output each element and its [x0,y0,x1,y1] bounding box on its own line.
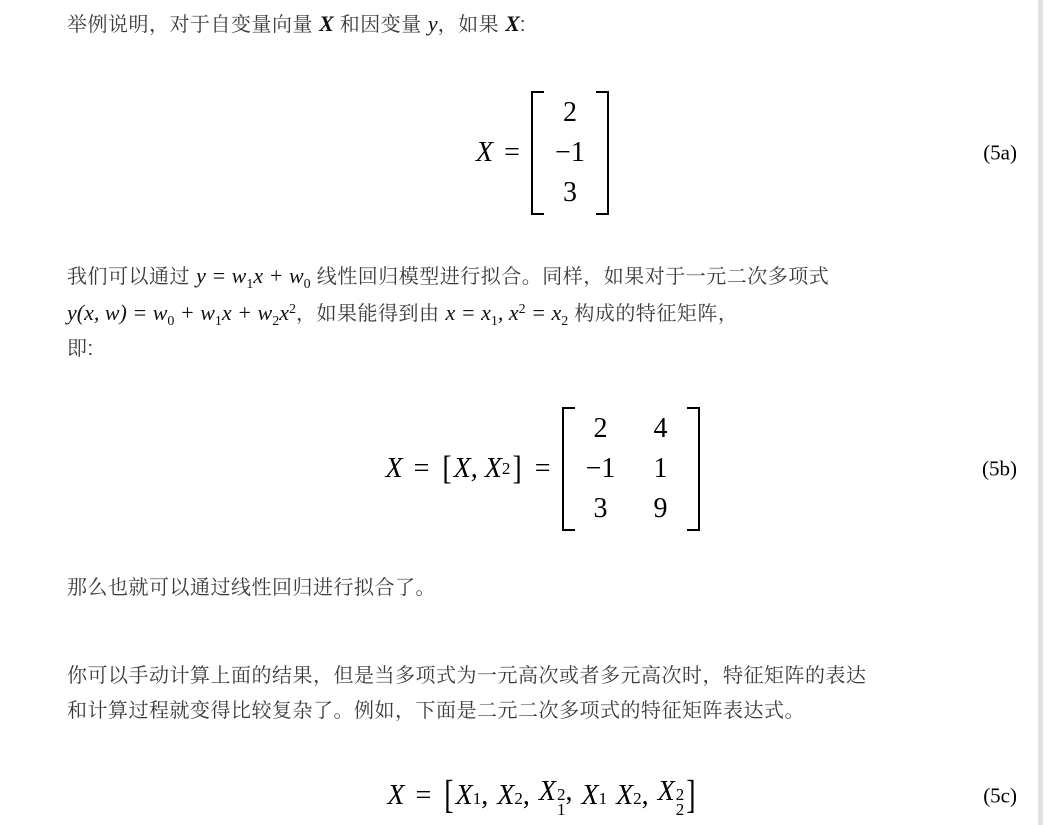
text-segment: ，如果能得到由 [296,303,446,325]
math-inline: = x [526,300,562,325]
math-var-X: X [385,453,402,485]
bracket-right [687,407,700,531]
math-inline: + w [174,300,215,325]
matrix-row: 2 [553,93,587,133]
matrix-row: 24 [584,409,678,449]
matrix-cell: −1 [553,137,587,169]
equation-label: (5b) [982,457,1017,482]
paragraph-complexity: 你可以手动计算上面的结果，但是当多项式为一元高次或者多元高次时，特征矩阵的表达 … [67,659,1002,729]
matrix-cell: 4 [644,413,678,445]
text-segment: 那么也就可以通过线性回归进行拟合了。 [67,577,436,599]
equation-label: (5c) [983,784,1017,809]
text-line: y(x, w) = w0 + w1x + w2x2，如果能得到由 x = x1,… [67,295,1002,332]
math-term: X22 [658,776,685,817]
comma: , [642,780,658,812]
math-var-X: X [476,137,493,169]
superscript: 2 [519,302,526,317]
equation-label: (5a) [983,141,1017,166]
equation-5c: X = [ X1, X2, X21, X1 X2, X22 ] (5c) [0,770,1049,822]
math-term: X2, [497,780,539,812]
text-segment: 你可以手动计算上面的结果，但是当多项式为一元高次或者多元高次时，特征矩阵的表达 [67,665,867,687]
subscript: 1 [215,314,222,329]
bracket-open: [ [440,449,453,488]
paragraph-conclusion: 那么也就可以通过线性回归进行拟合了。 [67,571,1002,606]
comma: , [481,780,497,812]
text-line: 和计算过程就变得比较复杂了。例如，下面是二元二次多项式的特征矩阵表达式。 [67,694,1002,729]
math-inline: x = x [446,300,491,325]
subscript: 0 [304,277,311,292]
math-inline: X, X [454,453,502,485]
math-var-X: X [581,780,598,812]
subscript: 1 [557,802,566,817]
matrix-row: 3 [553,173,587,213]
math-inline: x [279,300,289,325]
text-segment: 和因变量 [334,14,428,36]
math-inline: x + w [222,300,272,325]
bracket-close: ] [510,449,523,488]
paragraph-model: 我们可以通过 y = w1x + w0 线性回归模型进行拟合。同样，如果对于一元… [67,258,1002,367]
math-inline: , x [498,300,519,325]
text-segment: ，如果 [438,14,506,36]
equals-sign: = [524,453,562,485]
matrix-body: 2 −1 3 [544,91,596,215]
equation-5a: X = 2 −1 3 (5a) [0,90,1049,216]
math-term: X21, [539,776,582,817]
equation-5b-body: X = [ X, X 2 ] = 24 −11 39 [385,407,699,531]
text-segment: 线性回归模型进行拟合。同样，如果对于一元二次多项式 [311,266,830,288]
math-inline: y(x, w) = w [67,300,167,325]
matrix-cell: 3 [584,493,618,525]
math-term: X2, [616,780,658,812]
math-var-X: X [616,780,633,812]
superscript: 2 [289,302,296,317]
matrix-cell: 1 [644,453,678,485]
bracket-left [562,407,575,531]
equals-sign: = [493,137,531,169]
matrix-cell: 3 [553,177,587,209]
text-segment: 即: [67,338,94,360]
matrix: 2 −1 3 [531,91,609,215]
math-term: X1 [581,780,616,812]
bracket-right [596,91,609,215]
supsub-stack: 22 [676,787,685,817]
math-var-X: X [456,780,473,812]
equation-5a-body: X = 2 −1 3 [476,91,609,215]
matrix-cell: −1 [584,453,618,485]
text-line: 你可以手动计算上面的结果，但是当多项式为一元高次或者多元高次时，特征矩阵的表达 [67,659,1002,694]
math-inline-y: y [428,11,438,36]
equation-5c-body: X = [ X1, X2, X21, X1 X2, X22 ] [387,776,697,817]
math-term: X1, [456,780,498,812]
subscript: 1 [491,314,498,329]
math-var-X: X [387,780,404,812]
comma: , [565,776,581,808]
matrix-row: 39 [584,489,678,529]
matrix-row: −11 [584,449,678,489]
text-line: 即: [67,332,1002,367]
matrix-cell: 2 [584,413,618,445]
equals-sign: = [403,453,441,485]
matrix: 24 −11 39 [562,407,700,531]
bracket-open: [ [442,773,455,819]
math-inline: y = w [196,263,246,288]
bracket-left [531,91,544,215]
math-inline-X: X [319,11,334,36]
subscript: 2 [676,802,685,817]
equals-sign: = [405,780,443,812]
text-segment: 我们可以通过 [67,266,196,288]
matrix-cell: 9 [644,493,678,525]
math-inline-X: X [505,11,520,36]
math-var-X: X [658,776,675,808]
text-line: 我们可以通过 y = w1x + w0 线性回归模型进行拟合。同样，如果对于一元… [67,258,1002,295]
supsub-stack: 21 [557,787,566,817]
math-inline: x + w [253,263,303,288]
text-segment: 和计算过程就变得比较复杂了。例如，下面是二元二次多项式的特征矩阵表达式。 [67,700,805,722]
matrix-cell: 2 [553,97,587,129]
bracket-close: ] [684,773,697,819]
vertical-scrollbar[interactable] [1038,0,1043,825]
math-var-X: X [497,780,514,812]
comma: , [523,780,539,812]
math-var-X: X [539,776,556,808]
equation-5b: X = [ X, X 2 ] = 24 −11 39 (5b) [0,398,1049,540]
text-segment: 举例说明，对于自变量向量 [67,14,319,36]
text-segment: 构成的特征矩阵， [568,303,738,325]
matrix-row: −1 [553,133,587,173]
matrix-body: 24 −11 39 [575,407,687,531]
text-segment: : [520,14,526,36]
paragraph-intro: 举例说明，对于自变量向量 X 和因变量 y，如果 X: [67,6,1002,43]
